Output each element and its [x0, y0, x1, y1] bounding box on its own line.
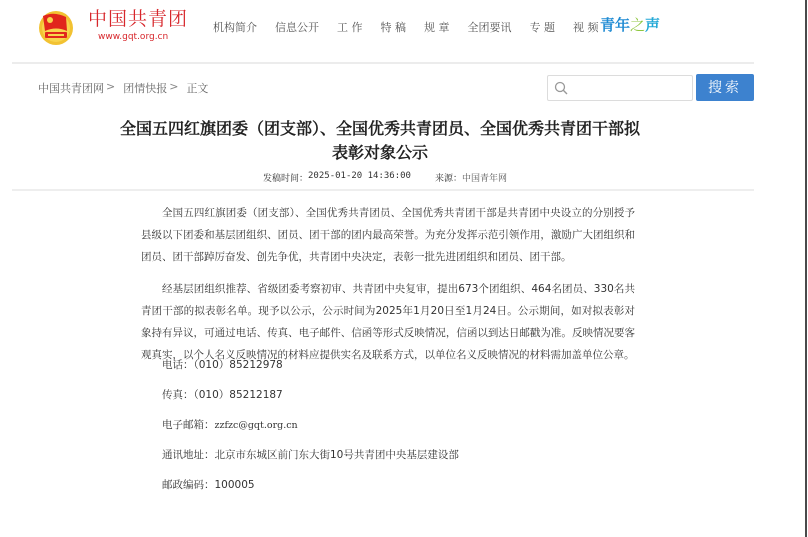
search-icon: [554, 81, 568, 95]
published-label: 发稿时间：: [263, 171, 308, 184]
search-input[interactable]: [548, 76, 692, 100]
nav-item-about[interactable]: 机构简介: [213, 19, 257, 35]
header-divider: [12, 62, 754, 64]
article-divider: [12, 189, 754, 191]
youth-voice-part1: 青年: [600, 16, 630, 34]
contact-postcode: 邮政编码：100005: [162, 475, 459, 505]
nav-item-info-disclosure[interactable]: 信息公开: [275, 19, 319, 35]
address-value: 北京市东城区前门东大街10号共青团中央基层建设部: [215, 449, 459, 461]
source-value: 中国青年网: [462, 171, 507, 184]
contact-phone: 电话：（010）85212978: [162, 355, 459, 385]
article-title: 全国五四红旗团委（团支部）、全国优秀共青团员、全国优秀共青团干部拟表彰对象公示: [120, 117, 640, 165]
fax-value: （010）85212187: [194, 389, 283, 401]
search-box: [547, 75, 693, 101]
breadcrumb-league-bulletin[interactable]: 团情快报: [123, 80, 167, 96]
nav-item-league-news[interactable]: 全团要讯: [468, 19, 512, 35]
youth-voice-swirl: 之: [630, 16, 645, 34]
nav-item-features[interactable]: 特 稿: [381, 19, 407, 35]
postcode-label: 邮政编码：: [162, 479, 215, 491]
article-body: 全国五四红旗团委（团支部）、全国优秀共青团员、全国优秀共青团干部是共青团中央设立…: [141, 202, 635, 376]
site-header: 中国共青团 www.gqt.org.cn 机构简介 信息公开 工 作 特 稿 规…: [0, 0, 806, 56]
nav-item-work[interactable]: 工 作: [337, 19, 363, 35]
phone-label: 电话：: [162, 359, 194, 371]
phone-value: （010）85212978: [194, 359, 283, 371]
email-value[interactable]: zzfzc@gqt.org.cn: [215, 420, 298, 431]
contact-info: 电话：（010）85212978 传真：（010）85212187 电子邮箱：z…: [162, 355, 459, 505]
article-paragraph: 经基层团组织推荐、省级团委考察初审、共青团中央复审，提出673个团组织、464名…: [141, 278, 635, 366]
contact-fax: 传真：（010）85212187: [162, 385, 459, 415]
search-button[interactable]: 搜索: [696, 74, 754, 101]
nav-item-video[interactable]: 视 频: [573, 19, 599, 35]
breadcrumb-separator: >: [169, 80, 178, 96]
cyl-emblem-icon[interactable]: [36, 7, 76, 47]
breadcrumb: 中国共青团网 > 团情快报 > 正文: [38, 80, 214, 96]
breadcrumb-current: 正文: [186, 80, 208, 96]
logo-title: 中国共青团: [88, 8, 188, 30]
source-label: 来源：: [435, 171, 462, 184]
youth-voice-part2: 声: [645, 16, 660, 34]
nav-item-regulations[interactable]: 规 章: [424, 19, 450, 35]
fax-label: 传真：: [162, 389, 194, 401]
logo-url: www.gqt.org.cn: [98, 32, 188, 42]
nav-item-topics[interactable]: 专 题: [530, 19, 556, 35]
contact-email: 电子邮箱：zzfzc@gqt.org.cn: [162, 415, 459, 445]
published-time: 2025-01-20 14:36:00: [308, 171, 411, 184]
breadcrumb-separator: >: [106, 80, 115, 96]
article-meta: 发稿时间： 2025-01-20 14:36:00 来源： 中国青年网: [263, 171, 507, 184]
breadcrumb-home[interactable]: 中国共青团网: [38, 80, 104, 96]
email-label: 电子邮箱：: [162, 419, 215, 431]
contact-address: 通讯地址：北京市东城区前门东大街10号共青团中央基层建设部: [162, 445, 459, 475]
youth-voice-logo[interactable]: 青年之声: [600, 14, 660, 35]
address-label: 通讯地址：: [162, 449, 215, 461]
window-edge: [805, 0, 807, 537]
main-nav: 机构简介 信息公开 工 作 特 稿 规 章 全团要讯 专 题 视 频: [213, 19, 617, 35]
postcode-value: 100005: [215, 479, 255, 491]
article-paragraph: 全国五四红旗团委（团支部）、全国优秀共青团员、全国优秀共青团干部是共青团中央设立…: [141, 202, 635, 268]
site-logo[interactable]: 中国共青团 www.gqt.org.cn: [88, 8, 188, 42]
